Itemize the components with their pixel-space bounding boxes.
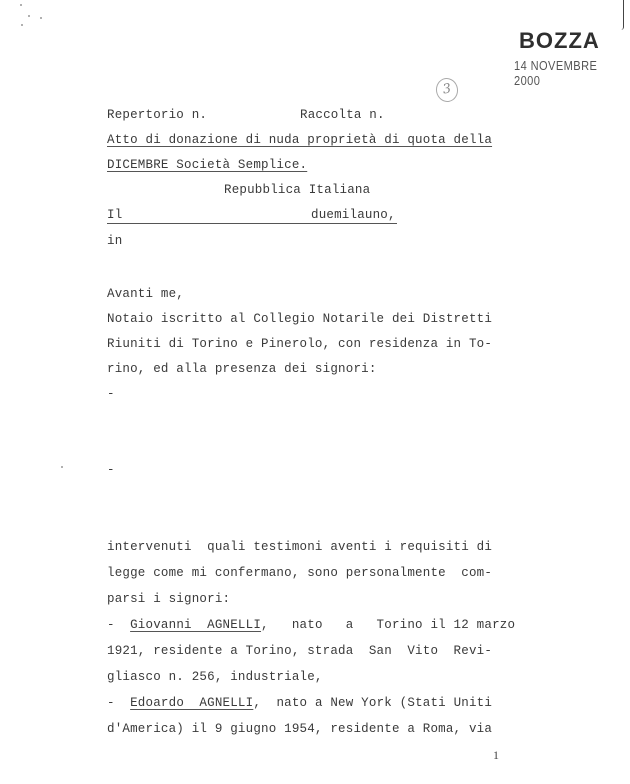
person-details: , nato a New York (Stati Uniti (253, 696, 492, 710)
body-line: Notaio iscritto al Collegio Notarile dei… (107, 312, 492, 326)
body-line: 1921, residente a Torino, strada San Vit… (107, 644, 492, 658)
scan-speck (21, 24, 23, 26)
body-line: rino, ed alla presenza dei signori: (107, 362, 377, 376)
document-title-line1: Atto di donazione di nuda proprietà di q… (107, 133, 492, 147)
body-line: Riuniti di Torino e Pinerolo, con reside… (107, 337, 492, 351)
witness-placeholder-dash: - (107, 387, 115, 401)
page-number: 1 (493, 748, 499, 763)
witness-placeholder-dash: - (107, 463, 115, 477)
raccolta-label: Raccolta n. (300, 108, 385, 122)
draft-stamp-title: BOZZA (519, 28, 600, 54)
body-line: d'America) il 9 giugno 1954, residente a… (107, 722, 492, 736)
person-name: Edoardo AGNELLI (130, 696, 253, 710)
draft-stamp-date: 14 NOVEMBRE 2000 (514, 58, 613, 88)
scan-speck (61, 466, 63, 468)
date-year: duemilauno, (311, 208, 396, 222)
repertorio-label: Repertorio n. (107, 108, 207, 122)
person-dash: - (107, 618, 115, 632)
person-name: Giovanni AGNELLI (130, 618, 261, 632)
person-dash: - (107, 696, 115, 710)
scan-speck (40, 17, 42, 19)
date-prefix: Il (107, 208, 122, 222)
person-entry: - Edoardo AGNELLI, nato a New York (Stat… (107, 696, 492, 710)
page-edge-mark (621, 0, 624, 30)
body-line: Avanti me, (107, 287, 184, 301)
place-label: in (107, 234, 122, 248)
person-details: , nato a Torino il 12 marzo (261, 618, 515, 632)
body-line: parsi i signori: (107, 592, 230, 606)
scan-speck (28, 15, 30, 17)
scan-speck (20, 4, 22, 6)
handwritten-circled-number: 3 (434, 76, 460, 103)
person-entry: - Giovanni AGNELLI, nato a Torino il 12 … (107, 618, 515, 632)
body-line: gliasco n. 256, industriale, (107, 670, 323, 684)
body-line: legge come mi confermano, sono personalm… (107, 566, 492, 580)
republic-heading: Repubblica Italiana (224, 183, 370, 197)
document-title-line2: DICEMBRE Società Semplice. (107, 158, 307, 172)
body-line: intervenuti quali testimoni aventi i req… (107, 540, 492, 554)
